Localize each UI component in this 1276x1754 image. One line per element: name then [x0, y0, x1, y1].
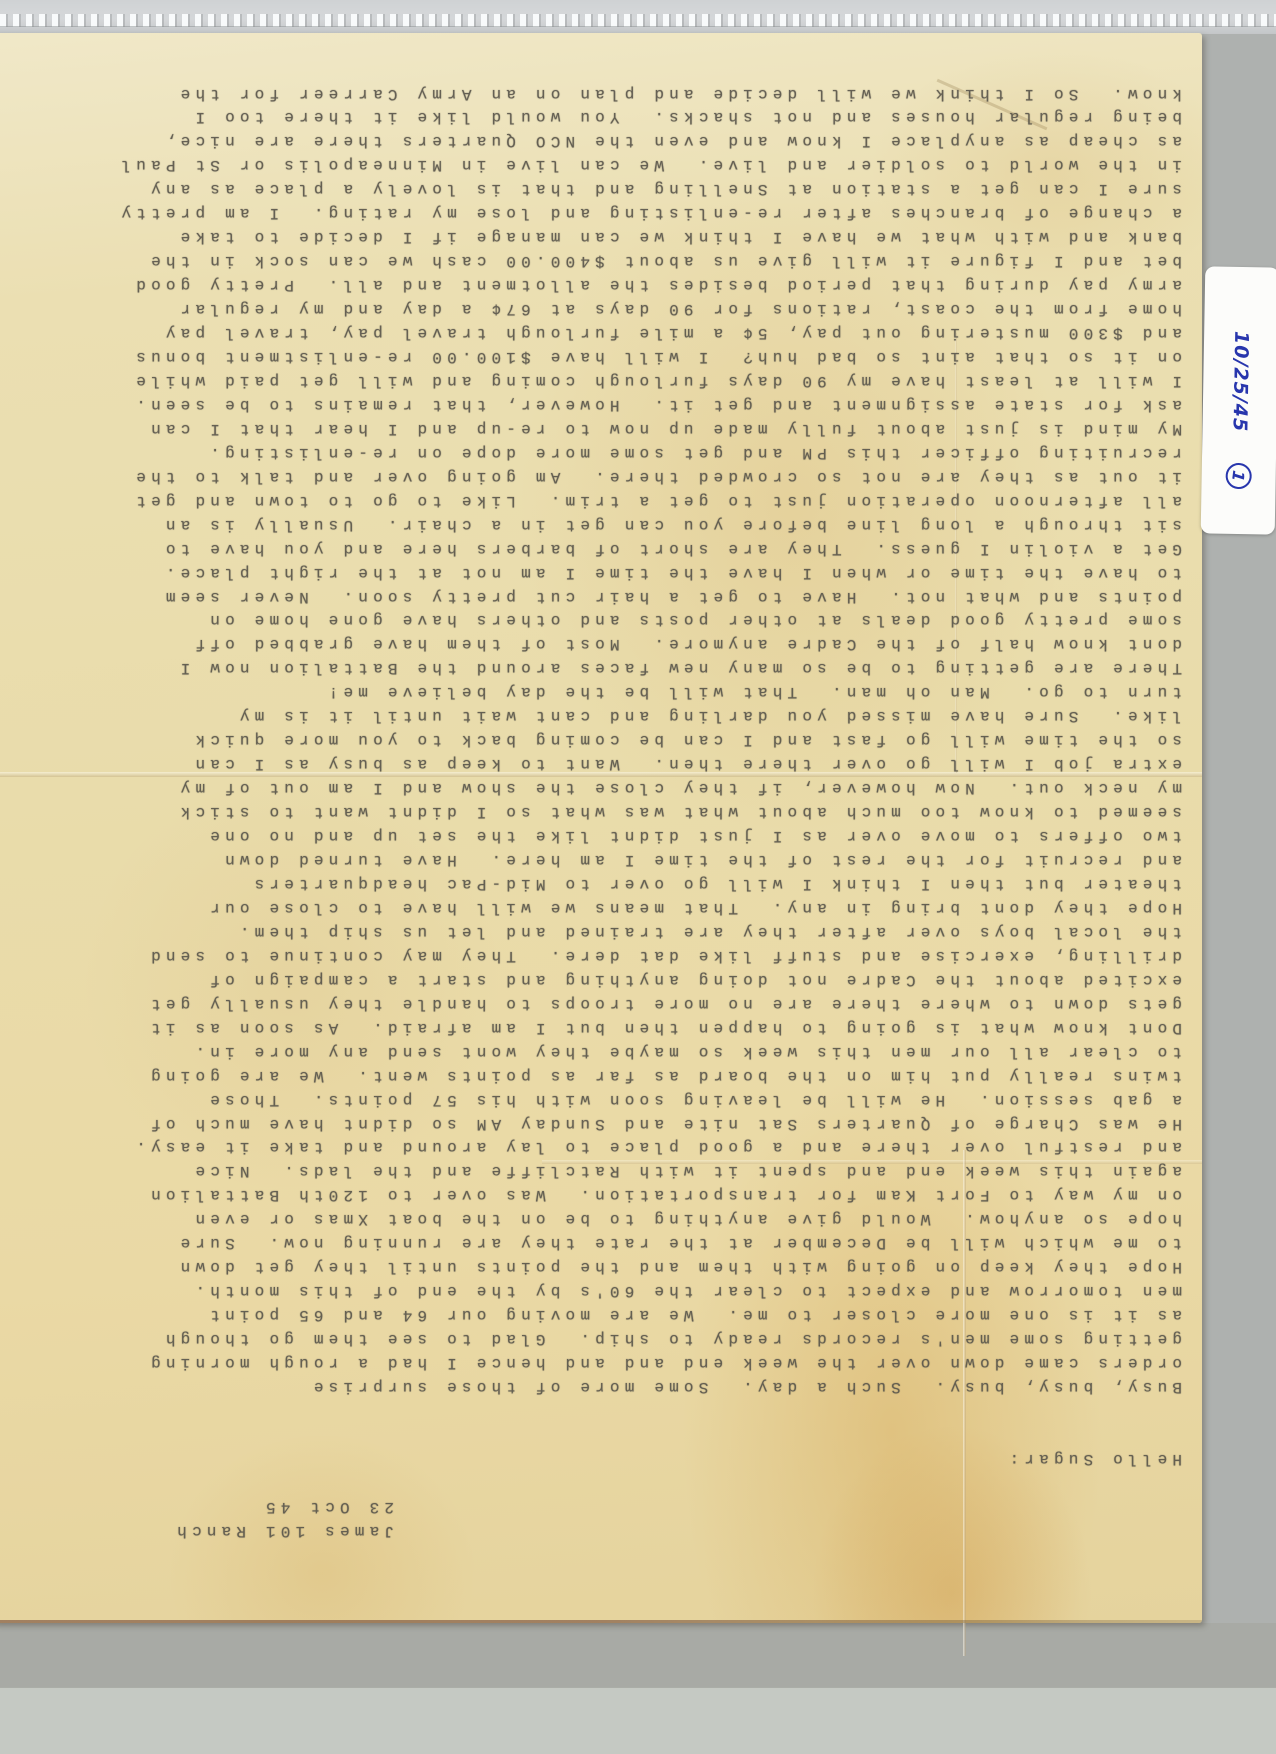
letter-line: in the world to soldier and live. We can… — [116, 152, 1182, 176]
letter-line: and recruit for the rest of the time I a… — [116, 847, 1182, 871]
letter-line: a change of branches after re-enlisting … — [116, 200, 1182, 224]
letter-line: drilling, exercise and stuff like dat de… — [116, 943, 1182, 967]
letter-line: two offers to move over as I just didnt … — [116, 823, 1182, 847]
letter-line: army pay during that period besides the … — [116, 272, 1182, 296]
letter-body: Busy, busy, busy. Such a day. Some more … — [116, 81, 1182, 1398]
letter-line: to me which will be December at the rate… — [116, 1230, 1182, 1254]
letter-line: like. Sure have missed you darling and c… — [116, 703, 1182, 727]
letter-line: My mind is just about fully made up now … — [116, 416, 1182, 440]
letter-line: ask for state assignment and get it. How… — [116, 392, 1182, 416]
letter-line: orders came down over the week end and a… — [116, 1350, 1182, 1374]
letter-line: it out as they are not so crowded there.… — [116, 464, 1182, 488]
letter-line: as it is one more closer to me. We are m… — [116, 1302, 1182, 1326]
letter-line: some pretty good deals at other posts an… — [116, 608, 1182, 632]
background-band-dark — [0, 1623, 1276, 1687]
letter-line: to have the time or when I have the time… — [116, 560, 1182, 584]
letter-line: theater but then I think I will go over … — [116, 871, 1182, 895]
letter-line: Busy, busy, busy. Such a day. Some more … — [116, 1374, 1182, 1398]
scanned-letter-page: James 101 Ranch23 Oct 45 Hello Sugar: Bu… — [0, 0, 1276, 1754]
archive-sticker: 10/25/45 1 — [1201, 266, 1276, 534]
letter-salutation: Hello Sugar: — [1004, 1446, 1182, 1470]
letter-heading: James 101 Ranch23 Oct 45 — [172, 1494, 394, 1542]
letter-line: sit through a long line before you can g… — [116, 512, 1182, 536]
sleeve-top-edge — [0, 0, 1276, 34]
letter-line: bank and with what we have I think we ca… — [116, 224, 1182, 248]
letter-line: bet and I figure it will give us about $… — [116, 248, 1182, 272]
sleeve-perforation-dashes — [0, 14, 1276, 27]
letter-line: seemed to know too much about what was w… — [116, 799, 1182, 823]
letter-heading-line: 23 Oct 45 — [172, 1494, 394, 1518]
letter-line: extra job I will go over there then. Wan… — [116, 751, 1182, 775]
letter-line: He was Charge of Quarters Sat nite and S… — [116, 1111, 1182, 1135]
letter-line: twins really put him on the board as far… — [116, 1063, 1182, 1087]
letter-heading-line: James 101 Ranch — [172, 1518, 394, 1542]
letter-line: being regular houses and not shacks. You… — [116, 105, 1182, 129]
letter-line: turn to go. Man oh man. That will be the… — [116, 679, 1182, 703]
letter-line: a gab session. He will be leaving soon w… — [116, 1087, 1182, 1111]
letter-line: men tomorrow and expect to clear the 60'… — [116, 1278, 1182, 1302]
letter-line: Dont know what is going to happen then b… — [116, 1015, 1182, 1039]
paper-bottom-edge — [0, 1620, 1202, 1623]
letter-line: Hope they dont bring in any. That means … — [116, 895, 1182, 919]
letter-line: points and what not. Have to get a hair … — [116, 584, 1182, 608]
letter-line: getting some men's records ready to ship… — [116, 1326, 1182, 1350]
letter-line: excited about the Cadre not doing anythi… — [116, 967, 1182, 991]
letter-line: and restful over there and a good place … — [116, 1135, 1182, 1159]
letter-line: hope so anyhow. Would give anything to b… — [116, 1206, 1182, 1230]
letter-line: home from the coast, rations for 90 days… — [116, 296, 1182, 320]
letter-paper: James 101 Ranch23 Oct 45 Hello Sugar: Bu… — [0, 33, 1202, 1623]
letter-line: dont know half of the Cadre anymore. Mos… — [116, 632, 1182, 656]
letter-line: know. So I think we will decide and plan… — [116, 81, 1182, 105]
letter-line: sure I can get a station at Snelling and… — [116, 176, 1182, 200]
letter-line: to clear all our men this week so maybe … — [116, 1039, 1182, 1063]
letter-line: on it so that aint so bad huh? I will ha… — [116, 344, 1182, 368]
letter-line: I will at least have my 90 days furlough… — [116, 368, 1182, 392]
letter-content-upside-down: James 101 Ranch23 Oct 45 Hello Sugar: Bu… — [110, 70, 1190, 1548]
letter-line: all afternoon operation just to get a tr… — [116, 488, 1182, 512]
letter-line: Hope they keep on going with them and th… — [116, 1254, 1182, 1278]
letter-line: There are getting to be so many new face… — [116, 655, 1182, 679]
letter-line: and $300 mustering out pay, 5¢ a mile fu… — [116, 320, 1182, 344]
letter-line: gets down to where there are no more tro… — [116, 991, 1182, 1015]
sticker-date-handwritten: 10/25/45 — [1229, 331, 1252, 417]
letter-line: Get a violin I guess. They are short of … — [116, 536, 1182, 560]
letter-line: so the time will go fast and I can be co… — [116, 727, 1182, 751]
sticker-page-number-circled: 1 — [1224, 462, 1253, 491]
letter-line: my neck out. Now however, if they close … — [116, 775, 1182, 799]
letter-line: recruiting officer this PM and get some … — [116, 440, 1182, 464]
letter-line: on my way to Fort Kam for transportation… — [116, 1182, 1182, 1206]
background-band-light — [0, 1687, 1276, 1754]
letter-line: again this week end and spent it with Ra… — [116, 1158, 1182, 1182]
letter-line: as cheap as anyplace I know and even the… — [116, 128, 1182, 152]
letter-line: the local boys over after they are train… — [116, 919, 1182, 943]
